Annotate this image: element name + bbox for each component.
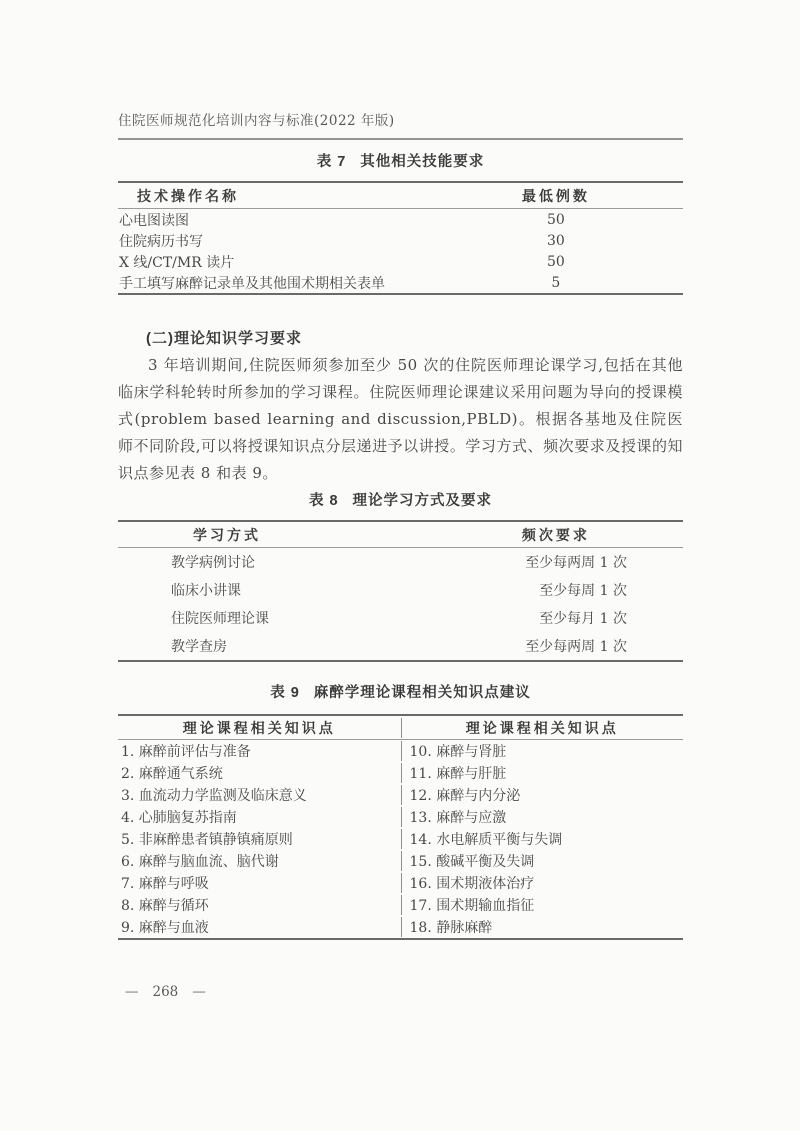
table7-number: 表 7: [317, 154, 347, 170]
table7-col2-header: 最低例数: [429, 186, 683, 206]
min-case-count: 30: [429, 233, 683, 249]
table8-col1-header: 学习方式: [118, 525, 429, 545]
knowledge-point: 11. 麻醉与肝脏: [401, 763, 684, 783]
section-heading: (二)理论知识学习要求: [146, 328, 683, 349]
min-case-count: 50: [429, 212, 683, 228]
table7-caption: 表 7其他相关技能要求: [118, 153, 683, 172]
table-row: 住院病历书写 30: [118, 230, 683, 251]
knowledge-point: 3. 血流动力学监测及临床意义: [118, 785, 401, 805]
skill-name: X 线/CT/MR 读片: [118, 252, 429, 272]
table-row: 6. 麻醉与脑血流、脑代谢 15. 酸碱平衡及失调: [118, 850, 683, 872]
table-row: 住院医师理论课 至少每月 1 次: [118, 604, 683, 632]
table-row: 心电图读图 50: [118, 209, 683, 230]
table7: 技术操作名称 最低例数 心电图读图 50 住院病历书写 30 X 线/CT/MR…: [118, 181, 683, 295]
table8-caption: 表 8理论学习方式及要求: [118, 492, 683, 511]
table8-header-row: 学习方式 频次要求: [118, 522, 683, 548]
skill-name: 住院病历书写: [118, 231, 429, 251]
frequency-requirement: 至少每两周 1 次: [429, 636, 683, 656]
table9-title: 麻醉学理论课程相关知识点建议: [314, 685, 531, 701]
table9-right-header: 理论课程相关知识点: [401, 718, 684, 738]
frequency-requirement: 至少每两周 1 次: [429, 552, 683, 572]
knowledge-point: 5. 非麻醉患者镇静镇痛原则: [118, 829, 401, 849]
table-row: 手工填写麻醉记录单及其他围术期相关表单 5: [118, 272, 683, 293]
table-row: X 线/CT/MR 读片 50: [118, 251, 683, 272]
knowledge-point: 17. 围术期输血指征: [401, 895, 684, 915]
knowledge-point: 18. 静脉麻醉: [401, 917, 684, 937]
learning-method: 教学查房: [118, 636, 429, 656]
footer-dash-right: —: [192, 984, 206, 1000]
table8-col2-header: 频次要求: [429, 525, 683, 545]
knowledge-point: 4. 心肺脑复苏指南: [118, 807, 401, 827]
min-case-count: 50: [429, 254, 683, 270]
table-row: 3. 血流动力学监测及临床意义 12. 麻醉与内分泌: [118, 784, 683, 806]
knowledge-point: 15. 酸碱平衡及失调: [401, 851, 684, 871]
table9-number: 表 9: [270, 685, 300, 701]
running-header: 住院医师规范化培训内容与标准(2022 年版): [118, 112, 683, 140]
min-case-count: 5: [429, 275, 683, 291]
document-page: 住院医师规范化培训内容与标准(2022 年版) 表 7其他相关技能要求 技术操作…: [0, 0, 800, 1131]
knowledge-point: 14. 水电解质平衡与失调: [401, 829, 684, 849]
table-row: 5. 非麻醉患者镇静镇痛原则 14. 水电解质平衡与失调: [118, 828, 683, 850]
learning-method: 教学病例讨论: [118, 552, 429, 572]
knowledge-point: 10. 麻醉与肾脏: [401, 741, 684, 761]
knowledge-point: 16. 围术期液体治疗: [401, 873, 684, 893]
knowledge-point: 8. 麻醉与循环: [118, 895, 401, 915]
table7-header-row: 技术操作名称 最低例数: [118, 183, 683, 209]
page-number: 268: [153, 984, 179, 1000]
table8-title: 理论学习方式及要求: [353, 493, 493, 509]
table-row: 2. 麻醉通气系统 11. 麻醉与肝脏: [118, 762, 683, 784]
table-row: 临床小讲课 至少每周 1 次: [118, 576, 683, 604]
table9-header-row: 理论课程相关知识点 理论课程相关知识点: [118, 716, 683, 740]
learning-method: 临床小讲课: [118, 580, 429, 600]
learning-method: 住院医师理论课: [118, 608, 429, 628]
table-row: 教学查房 至少每两周 1 次: [118, 632, 683, 660]
knowledge-point: 6. 麻醉与脑血流、脑代谢: [118, 851, 401, 871]
table-row: 4. 心肺脑复苏指南 13. 麻醉与应激: [118, 806, 683, 828]
knowledge-point: 1. 麻醉前评估与准备: [118, 741, 401, 761]
table7-title: 其他相关技能要求: [360, 154, 484, 170]
page-footer: — 268 —: [125, 984, 683, 1000]
knowledge-point: 2. 麻醉通气系统: [118, 763, 401, 783]
table7-col1-header: 技术操作名称: [118, 186, 429, 206]
table9-caption: 表 9麻醉学理论课程相关知识点建议: [118, 684, 683, 703]
table-row: 9. 麻醉与血液 18. 静脉麻醉: [118, 916, 683, 938]
knowledge-point: 9. 麻醉与血液: [118, 917, 401, 937]
frequency-requirement: 至少每周 1 次: [429, 580, 683, 600]
table8-number: 表 8: [309, 493, 339, 509]
table-row: 1. 麻醉前评估与准备 10. 麻醉与肾脏: [118, 740, 683, 762]
table-row: 7. 麻醉与呼吸 16. 围术期液体治疗: [118, 872, 683, 894]
skill-name: 手工填写麻醉记录单及其他围术期相关表单: [118, 273, 429, 293]
frequency-requirement: 至少每月 1 次: [429, 608, 683, 628]
table9: 理论课程相关知识点 理论课程相关知识点 1. 麻醉前评估与准备 10. 麻醉与肾…: [118, 714, 683, 940]
body-paragraph: 3 年培训期间,住院医师须参加至少 50 次的住院医师理论课学习,包括在其他临床…: [118, 352, 683, 487]
knowledge-point: 13. 麻醉与应激: [401, 807, 684, 827]
table8: 学习方式 频次要求 教学病例讨论 至少每两周 1 次 临床小讲课 至少每周 1 …: [118, 520, 683, 662]
footer-dash-left: —: [125, 984, 139, 1000]
table-row: 教学病例讨论 至少每两周 1 次: [118, 548, 683, 576]
knowledge-point: 7. 麻醉与呼吸: [118, 873, 401, 893]
table-row: 8. 麻醉与循环 17. 围术期输血指征: [118, 894, 683, 916]
knowledge-point: 12. 麻醉与内分泌: [401, 785, 684, 805]
table9-left-header: 理论课程相关知识点: [118, 718, 401, 738]
skill-name: 心电图读图: [118, 210, 429, 230]
